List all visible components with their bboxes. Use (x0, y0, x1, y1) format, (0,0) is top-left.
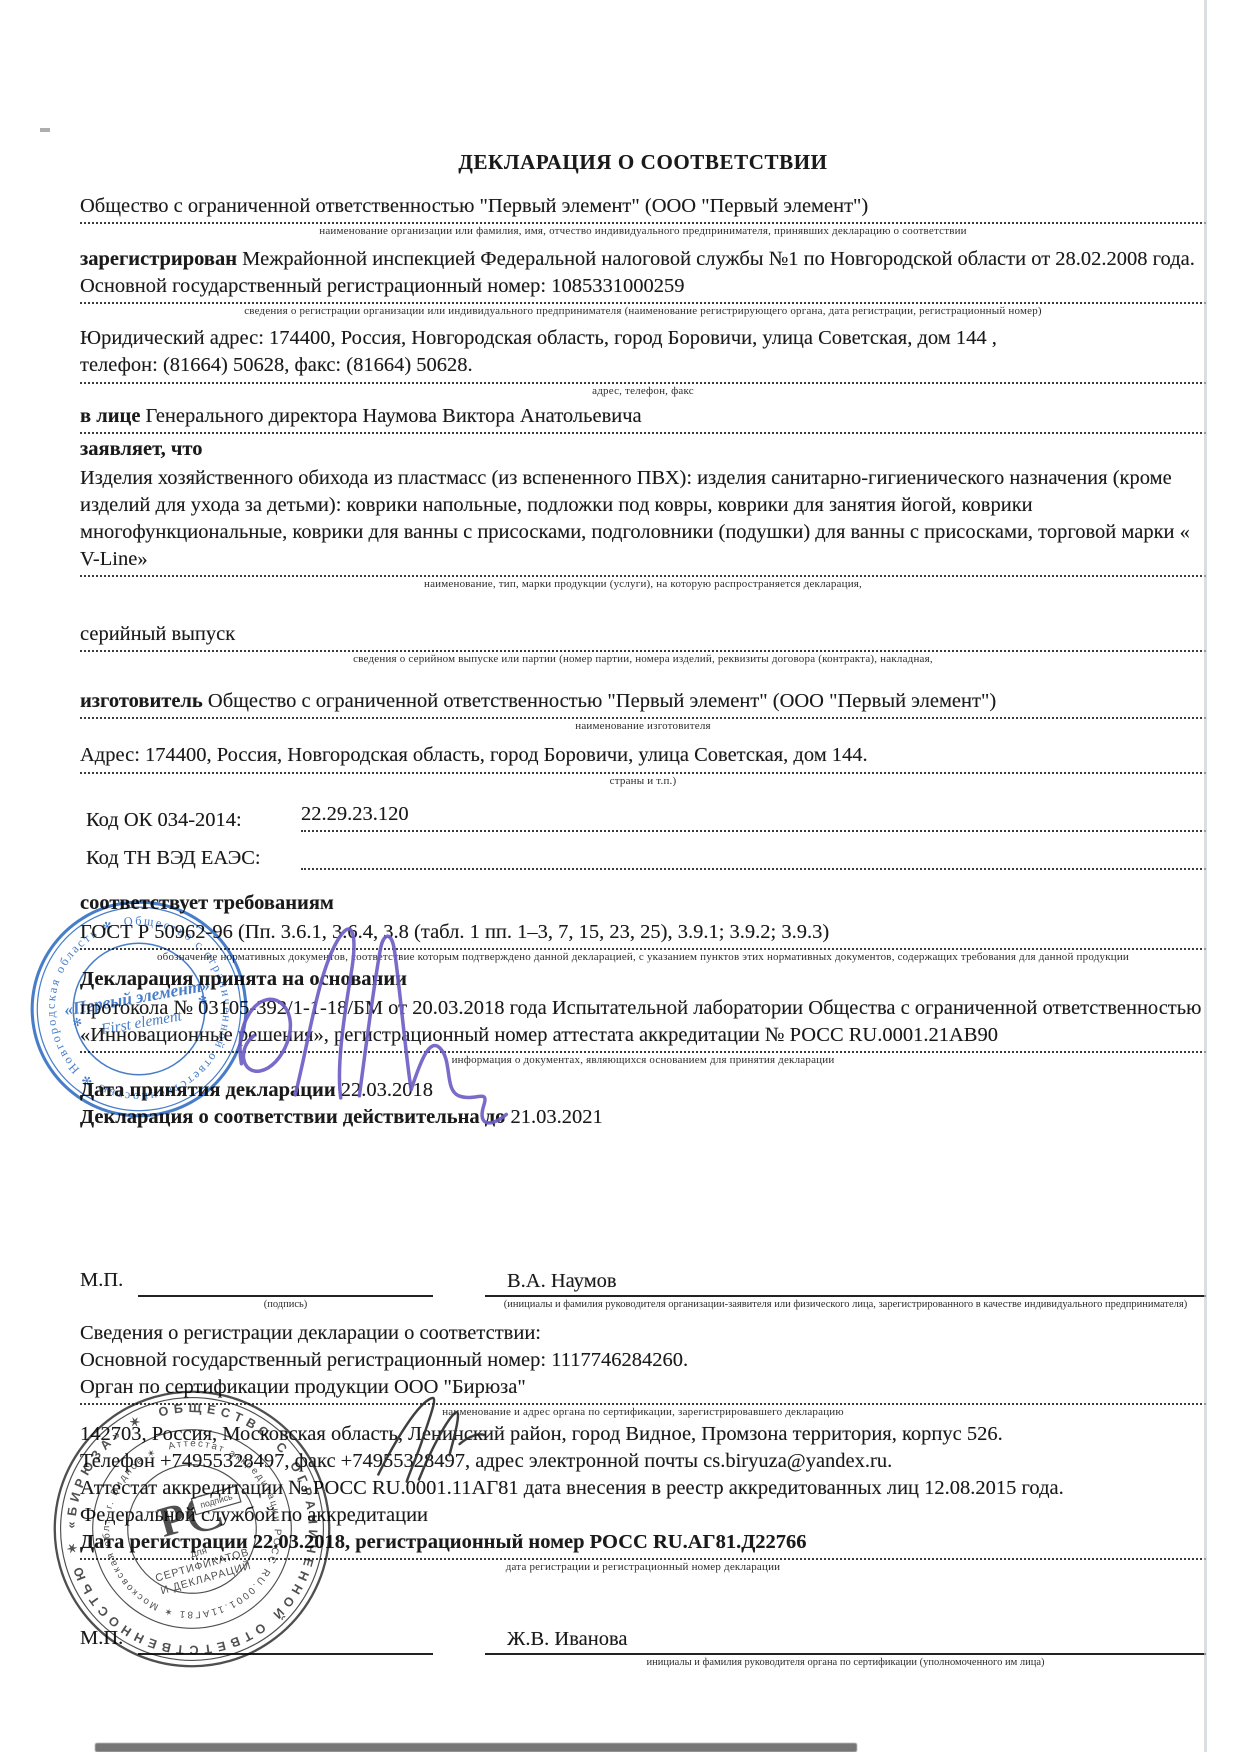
reg-date-line: Дата регистрации 22.03.2018, регистрацио… (80, 1529, 1206, 1560)
code-tnved-value (301, 841, 1206, 870)
applicant-signer-caption: (инициалы и фамилия руководителя организ… (485, 1299, 1206, 1310)
stamp-area-spacer (80, 1131, 1206, 1269)
standards-field: ГОСТ Р 50962-96 (Пп. 3.6.1, 3.6.4, 3.8 (… (80, 919, 1206, 964)
legal-address-field: Юридический адрес: 174400, Россия, Новго… (80, 325, 1206, 397)
adoption-date-value: 22.03.2018 (341, 1079, 433, 1101)
manufacturer-text: Общество с ограниченной ответственностью… (208, 690, 996, 712)
scan-bottom-artifact (95, 1743, 857, 1752)
standards-caption: обозначение нормативных документов, соот… (80, 951, 1206, 964)
registration-info-field: зарегистрирован Межрайонной инспекцией Ф… (80, 246, 1206, 318)
cert-attestation-line1: Аттестат аккредитации № РОСС RU.0001.11А… (80, 1475, 1206, 1502)
applicant-name-field: Общество с ограниченной ответственностью… (80, 193, 1206, 238)
certbody-name-line (485, 1653, 1206, 1655)
standards-line: ГОСТ Р 50962-96 (Пп. 3.6.1, 3.6.4, 3.8 (… (80, 919, 1206, 950)
applicant-name: Общество с ограниченной ответственностью… (80, 193, 1206, 224)
conforms-lead: соответствует требованиям (80, 890, 1206, 917)
basis-caption: информация о документах, являющихся осно… (80, 1054, 1206, 1067)
registered-lead: зарегистрирован (80, 248, 237, 270)
certbody-sign-line (138, 1653, 433, 1655)
reg-ogrn-line: Основной государственный регистрационный… (80, 1347, 1206, 1374)
cert-body-address: 142703, Россия, Московская область, Лени… (80, 1421, 1206, 1448)
applicant-signature-row: М.П. (подпись) В.А. Наумов (инициалы и ф… (80, 1269, 1206, 1310)
valid-until-line: Декларация о соответствии действительна … (80, 1104, 1206, 1131)
certbody-signer-caption: инициалы и фамилия руководителя органа п… (485, 1657, 1206, 1668)
reg-date-caption: дата регистрации и регистрационный номер… (80, 1561, 1206, 1574)
declares-line: заявляет, что (80, 436, 1206, 463)
serial-line: серийный выпуск (80, 621, 1206, 652)
scan-artifact-tick (40, 128, 50, 132)
registered-text: Межрайонной инспекцией Федеральной налог… (80, 248, 1195, 297)
certbody-sign-segment (138, 1653, 433, 1668)
certbody-sign-caption-spacer (138, 1657, 433, 1668)
reg-declaration-header: Сведения о регистрации декларации о соот… (80, 1320, 1206, 1347)
adoption-date-lead: Дата принятия декларации (80, 1079, 336, 1101)
in-person-field: в лице Генерального директора Наумова Ви… (80, 403, 1206, 434)
applicant-name-segment: В.А. Наумов (инициалы и фамилия руководи… (485, 1270, 1206, 1310)
manufacturer-caption: наименование изготовителя (80, 720, 1206, 733)
applicant-name-caption: наименование организации или фамилия, им… (80, 225, 1206, 238)
certbody-signer-name: Ж.В. Иванова (507, 1628, 1206, 1651)
certbody-signature-row: М.П. Ж.В. Иванова инициалы и фамилия рук… (80, 1627, 1206, 1668)
valid-until-lead: Декларация о соответствии действительна … (80, 1106, 505, 1128)
basis-lead: Декларация принята на основании (80, 966, 1206, 993)
cert-body-field: Орган по сертификации продукции ООО "Бир… (80, 1374, 1206, 1419)
basis-text: протокола № 03105-392/1-1-18/БМ от 20.03… (80, 995, 1206, 1053)
in-person-text: Генерального директора Наумова Виктора А… (146, 405, 642, 427)
applicant-sign-caption: (подпись) (138, 1299, 433, 1310)
applicant-sign-segment: (подпись) (138, 1295, 433, 1310)
manufacturer-address: Адрес: 174400, Россия, Новгородская обла… (80, 742, 1206, 773)
mp-label-certbody: М.П. (80, 1627, 138, 1650)
valid-until-value: 21.03.2021 (511, 1106, 603, 1128)
cert-body-caption: наименование и адрес органа по сертифика… (80, 1406, 1206, 1419)
registration-info-caption: сведения о регистрации организации или и… (80, 305, 1206, 318)
code-ok-value: 22.29.23.120 (301, 803, 1206, 832)
scan-edge-artifact (1204, 0, 1207, 1752)
applicant-name-line (485, 1295, 1206, 1297)
cert-body-line: Орган по сертификации продукции ООО "Бир… (80, 1374, 1206, 1405)
product-field: Изделия хозяйственного обихода из пластм… (80, 465, 1206, 591)
legal-address-caption: адрес, телефон, факс (80, 385, 1206, 398)
manufacturer-lead: изготовитель (80, 690, 203, 712)
stamp-area-spacer-2 (80, 1581, 1206, 1627)
serial-field: серийный выпуск сведения о серийном выпу… (80, 621, 1206, 666)
manufacturer-address-caption: страны и т.п.) (80, 775, 1206, 788)
codes-block: Код ОК 034-2014: 22.29.23.120 Код ТН ВЭД… (86, 803, 1206, 870)
in-person-line: в лице Генерального директора Наумова Ви… (80, 403, 1206, 434)
document-page: ДЕКЛАРАЦИЯ О СООТВЕТСТВИИ Общество с огр… (0, 0, 1240, 1752)
registration-info: зарегистрирован Межрайонной инспекцией Ф… (80, 246, 1206, 304)
document-title: ДЕКЛАРАЦИЯ О СООТВЕТСТВИИ (80, 150, 1206, 175)
product-caption: наименование, тип, марки продукции (услу… (80, 578, 1206, 591)
product-description: Изделия хозяйственного обихода из пластм… (80, 465, 1206, 577)
legal-address-line1: Юридический адрес: 174400, Россия, Новго… (80, 325, 1206, 352)
applicant-sign-line (138, 1295, 433, 1297)
cert-body-contacts: Телефон +74955328497, факс +74955328497,… (80, 1448, 1206, 1475)
code-tnved-row: Код ТН ВЭД ЕАЭС: (86, 841, 1206, 870)
certbody-name-segment: Ж.В. Иванова инициалы и фамилия руководи… (485, 1628, 1206, 1668)
serial-caption: сведения о серийном выпуске или партии (… (80, 653, 1206, 666)
adoption-date-line: Дата принятия декларации 22.03.2018 (80, 1077, 1206, 1104)
code-tnved-label: Код ТН ВЭД ЕАЭС: (86, 847, 301, 870)
basis-field: протокола № 03105-392/1-1-18/БМ от 20.03… (80, 995, 1206, 1067)
manufacturer-field: изготовитель Общество с ограниченной отв… (80, 688, 1206, 733)
reg-date-field: Дата регистрации 22.03.2018, регистрацио… (80, 1529, 1206, 1574)
legal-address: Юридический адрес: 174400, Россия, Новго… (80, 325, 1206, 383)
manufacturer-line: изготовитель Общество с ограниченной отв… (80, 688, 1206, 719)
legal-address-line2: телефон: (81664) 50628, факс: (81664) 50… (80, 352, 1206, 379)
in-person-lead: в лице (80, 405, 140, 427)
declaration-document: ДЕКЛАРАЦИЯ О СООТВЕТСТВИИ Общество с огр… (80, 150, 1206, 1678)
mp-label-applicant: М.П. (80, 1269, 138, 1292)
manufacturer-address-field: Адрес: 174400, Россия, Новгородская обла… (80, 742, 1206, 787)
code-ok-row: Код ОК 034-2014: 22.29.23.120 (86, 803, 1206, 832)
cert-attestation-line2: Федеральной службой по аккредитации (80, 1502, 1206, 1529)
applicant-signer-name: В.А. Наумов (507, 1270, 1206, 1293)
code-ok-label: Код ОК 034-2014: (86, 809, 301, 832)
